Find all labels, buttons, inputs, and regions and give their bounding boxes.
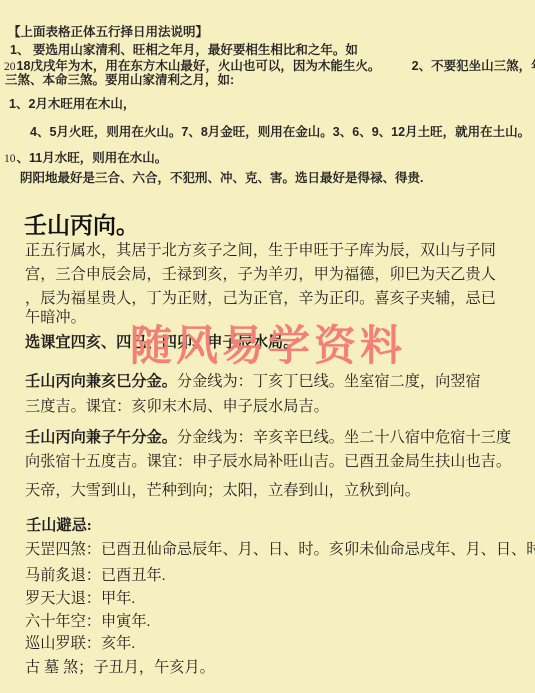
intro-line-3: 三煞、本命三煞。要用山家清利之月，如: xyxy=(5,73,234,87)
section-title: 壬山丙向。 xyxy=(24,207,139,240)
jian1-lead: 壬山丙向兼亥巳分金。 xyxy=(25,373,177,390)
biji-item: 古 墓 煞；子丑月，午亥月。 xyxy=(25,658,215,677)
jian1-line-1: 壬山丙向兼亥巳分金。分金线为：丁亥丁巳线。坐室宿二度，向翌宿 xyxy=(25,372,481,391)
biji-item: 天罡四煞：已酉丑仙命忌辰年、月、日、时。亥卯未仙命忌戌年、月、日、时。 xyxy=(25,540,535,559)
watermark-text: 随风易学资料 xyxy=(130,313,406,373)
intro-line-6-text: 、11月水旺，则用在水山。 xyxy=(17,151,168,165)
margin-number-10: 10 xyxy=(4,153,16,165)
intro-line-6: 10、11月水旺，则用在水山。 xyxy=(4,151,167,166)
paragraph-line: 宫，三合申辰会局，壬禄到亥，子为羊刃，甲为福德，卯巳为天乙贵人 xyxy=(25,265,496,284)
document-page: 【上面表格正体五行择日用法说明】 1、 要选用山家清利、旺相之年月，最好要相生相… xyxy=(0,0,535,693)
tiandi-line: 天帝，大雪到山，芒种到向；太阳，立春到山，立秋到向。 xyxy=(25,481,420,500)
intro-line-2: 2018戊戌年为木，用在东方木山最好，火山也可以，因为木能生火。 2、不要犯坐山… xyxy=(4,59,535,74)
jian1-line-2: 三度吉。课宜：亥卯末木局、申子辰水局吉。 xyxy=(25,397,329,416)
intro-line-2-text: 18戊戌年为木，用在东方木山最好，火山也可以，因为木能生火。 2、不要犯坐山三煞… xyxy=(17,59,535,73)
jian2-line-2: 向张宿十五度吉。课宜：申子辰水局补旺山吉。已酉丑金局生扶山也吉。 xyxy=(25,452,511,471)
biji-item: 巡山罗联：亥年. xyxy=(25,634,135,653)
jian2-line-1: 壬山丙向兼子午分金。分金线为：辛亥辛巳线。坐二十八宿中危宿十三度 xyxy=(25,428,511,447)
jian1-rest: 分金线为：丁亥丁巳线。坐室宿二度，向翌宿 xyxy=(177,373,481,390)
intro-item-3: 4、5月火旺，则用在火山。7、8月金旺，则用在金山。3、6、9、12月土旺，就用… xyxy=(30,125,530,139)
intro-line-7: 阴阳地最好是三合、六合，不犯刑、冲、克、害。选日最好是得禄、得贵. xyxy=(20,171,423,185)
intro-heading: 【上面表格正体五行择日用法说明】 xyxy=(8,25,208,39)
biji-item: 六十年空：申寅年. xyxy=(25,612,150,631)
biji-title: 壬山避忌: xyxy=(26,516,92,535)
jian2-rest: 分金线为：辛亥辛巳线。坐二十八宿中危宿十三度 xyxy=(177,429,511,446)
jian2-lead: 壬山丙向兼子午分金。 xyxy=(25,429,177,446)
biji-item: 马前炙退：已酉丑年. xyxy=(25,566,165,585)
paragraph-line: ，辰为福星贵人，丁为正财，己为正官，辛为正印。喜亥子夹辅，忌已 xyxy=(25,289,496,308)
margin-number-20: 20 xyxy=(4,61,16,73)
paragraph-line: 午暗冲。 xyxy=(25,308,86,327)
paragraph-line: 正五行属水，其居于北方亥子之间，生于申旺于子库为辰，双山与子同 xyxy=(25,241,496,260)
intro-item-2: 1、2月木旺用在木山， xyxy=(9,97,135,111)
intro-item-1: 1、 要选用山家清利、旺相之年月，最好要相生相比和之年。如 xyxy=(10,43,358,57)
biji-item: 罗天大退：甲年. xyxy=(25,589,135,608)
